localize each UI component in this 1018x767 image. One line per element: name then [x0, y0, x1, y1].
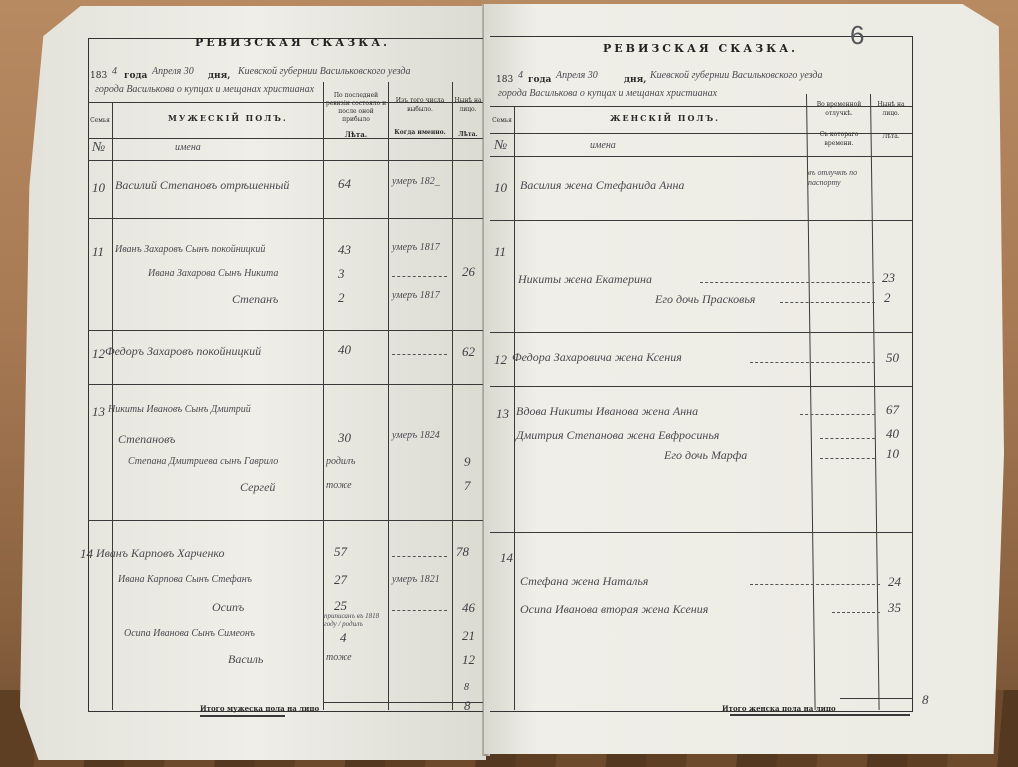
age-last-revision: 27: [334, 572, 347, 588]
left-col-present-years: Лѣта.: [453, 130, 483, 139]
present-age: 12: [462, 652, 475, 668]
male-name: Степана Дмитриева сынъ Гаврило: [128, 456, 278, 467]
male-name: Никиты Ивановъ Сынъ Дмитрий: [108, 404, 251, 415]
right-title: РЕВИЗСКАЯ СКАЗКА.: [603, 42, 798, 55]
family-number: 12: [494, 352, 507, 368]
dash: [820, 438, 875, 439]
family-number: 13: [92, 404, 105, 420]
male-name: Степанъ: [232, 292, 278, 307]
male-name: Сергей: [240, 480, 275, 495]
female-name: Его дочь Прасковья: [655, 292, 755, 307]
divider: [490, 332, 912, 333]
dropped-when: умеръ 182_: [392, 176, 440, 187]
divider: [490, 532, 912, 533]
present-age: 10: [886, 446, 899, 462]
dash: [750, 584, 880, 585]
present-age: 2: [884, 290, 891, 306]
present-age: 7: [464, 478, 471, 494]
age-last-revision: 3: [338, 266, 345, 282]
right-year-handwritten: 4: [518, 70, 523, 81]
right-year: 183: [496, 76, 513, 85]
left-col-no: №: [92, 140, 105, 156]
dropped-when: умеръ 1824: [392, 430, 440, 441]
present-age: 24: [888, 574, 901, 590]
page-number: 6: [850, 20, 864, 51]
family-number: 11: [494, 244, 506, 260]
female-name: Дмитрия Степанова жена Евфросинья: [516, 428, 719, 443]
left-footer-label: Итого мужеска пола на лицо: [200, 704, 319, 713]
right-col-absent: Во временной отлучкѣ.: [808, 100, 870, 118]
left-col-dropped: Изъ того числа выбыло.: [390, 96, 450, 114]
male-name: Степановъ: [118, 432, 175, 447]
male-name: Осипъ: [212, 600, 244, 615]
divider: [840, 698, 912, 699]
age-last-revision: 57: [334, 544, 347, 560]
present-age: 62: [462, 344, 475, 360]
footer-underline: [730, 714, 910, 716]
left-col-family: Семья: [88, 116, 112, 125]
left-year-handwritten: 4: [112, 66, 117, 77]
divider: [490, 220, 912, 221]
right-footer-label: Итого женска пола на лицо: [722, 704, 836, 713]
left-heading-line1: Киевской губернии Васильковского уезда: [238, 66, 410, 77]
family-number: 13: [496, 406, 509, 422]
male-name: Осипа Иванова Сынъ Симеонъ: [124, 628, 255, 639]
left-month-handwritten: Апреля 30: [152, 66, 194, 77]
age-last-revision: 64: [338, 176, 351, 192]
divider: [88, 520, 483, 521]
left-day-label: дня,: [208, 72, 230, 81]
dropped-when: умеръ 1821: [392, 574, 440, 585]
present-age: 23: [882, 270, 895, 286]
present-age: 50: [886, 350, 899, 366]
left-col-name-sub: имена: [175, 142, 201, 153]
divider: [88, 330, 483, 331]
dash: [392, 276, 447, 277]
right-col-no: №: [494, 138, 507, 154]
male-name: Василь: [228, 652, 263, 667]
female-name: Федора Захаровича жена Ксения: [512, 350, 682, 365]
dropped-when: умеръ 1817: [392, 242, 440, 253]
family-number: 12: [92, 346, 105, 362]
divider: [490, 386, 912, 387]
left-title: РЕВИЗСКАЯ СКАЗКА.: [195, 36, 390, 49]
right-heading-line1: Киевской губернии Васильковского уезда: [650, 70, 822, 81]
male-name: Иванъ Карповъ Харченко: [96, 546, 225, 561]
col-line: [514, 106, 515, 710]
family-number: 14: [80, 546, 93, 562]
right-col-present-years: Лѣта.: [871, 132, 911, 141]
right-col-family: Семья: [490, 116, 514, 125]
right-col-present: Нынѣ на лицо.: [871, 100, 911, 118]
left-subtotal: 8: [464, 682, 469, 693]
right-col-name-sub: имена: [590, 140, 616, 151]
right-month-handwritten: Апреля 30: [556, 70, 598, 81]
left-total: 8: [464, 698, 471, 714]
footer-underline: [200, 715, 285, 717]
family-number: 10: [494, 180, 507, 196]
divider: [323, 702, 483, 703]
male-name: Василий Степановъ отрѣшенный: [115, 178, 289, 193]
present-age: 9: [464, 454, 471, 470]
present-age: 21: [462, 628, 475, 644]
left-col-name: МУЖЕСКІЙ ПОЛЪ.: [168, 113, 288, 123]
age-last-revision: 2: [338, 290, 345, 306]
dash: [392, 610, 447, 611]
dash: [780, 302, 875, 303]
male-name: Иванъ Захаровъ Сынъ покойницкий: [115, 244, 265, 255]
female-name: Осипа Иванова вторая жена Ксения: [520, 602, 708, 617]
dash: [392, 354, 447, 355]
male-name: Ивана Захарова Сынъ Никита: [148, 268, 278, 279]
left-year-label: года: [124, 72, 147, 81]
right-heading-line2: города Василькова о купцах и мещанах хри…: [498, 88, 717, 99]
divider: [88, 138, 483, 139]
dash: [750, 362, 875, 363]
female-name: Стефана жена Наталья: [520, 574, 648, 589]
right-year-label: года: [528, 76, 551, 85]
divider: [490, 156, 912, 157]
dash: [800, 414, 875, 415]
age-last-revision: 30: [338, 430, 351, 446]
left-year: 183: [90, 72, 107, 81]
dash: [832, 612, 880, 613]
left-col-present: Нынѣ на лицо.: [453, 96, 483, 114]
absent-since: въ отлучкѣ по паспорту: [808, 168, 868, 188]
present-age: 40: [886, 426, 899, 442]
dropped-when: умеръ 1817: [392, 290, 440, 301]
right-total: 8: [922, 692, 929, 708]
left-heading-line2: города Василькова о купцах и мещанах хри…: [95, 84, 314, 95]
family-number: 14: [500, 550, 513, 566]
age-last-revision: 40: [338, 342, 351, 358]
female-name: Никиты жена Екатерина: [518, 272, 652, 287]
male-name: Федоръ Захаровъ покойницкий: [105, 344, 261, 359]
age-last-revision: 4: [340, 630, 347, 646]
age-last-revision: родилъ: [326, 456, 355, 467]
female-name: Его дочь Марфа: [664, 448, 747, 463]
present-age: 78: [456, 544, 469, 560]
col-line: [388, 82, 389, 710]
divider: [88, 384, 483, 385]
age-last-revision: тоже: [326, 480, 352, 491]
family-number: 11: [92, 244, 104, 260]
present-age: 26: [462, 264, 475, 280]
right-day-label: дня,: [624, 76, 646, 85]
age-note: приписанъ въ 1818 году / родилъ: [324, 612, 388, 628]
col-line: [452, 82, 453, 710]
divider: [88, 160, 483, 161]
present-age: 67: [886, 402, 899, 418]
left-col-last-revision: По последней ревизіи состояло и после он…: [325, 92, 387, 124]
divider: [88, 218, 483, 219]
right-col-name: ЖЕНСКІЙ ПОЛЪ.: [610, 113, 720, 123]
left-col-years: Лѣта.: [325, 130, 387, 139]
present-age: 46: [462, 600, 475, 616]
female-name: Вдова Никиты Иванова жена Анна: [516, 404, 698, 419]
left-col-when: Когда именно.: [390, 128, 450, 137]
age-last-revision: тоже: [326, 652, 352, 663]
present-age: 35: [888, 600, 901, 616]
female-name: Василия жена Стефанида Анна: [520, 178, 684, 193]
dash: [700, 282, 875, 283]
age-last-revision: 43: [338, 242, 351, 258]
dash: [392, 556, 447, 557]
right-col-since: Съ котораго времени.: [808, 130, 870, 148]
male-name: Ивана Карпова Сынъ Стефанъ: [118, 574, 252, 585]
dash: [820, 458, 875, 459]
family-number: 10: [92, 180, 105, 196]
